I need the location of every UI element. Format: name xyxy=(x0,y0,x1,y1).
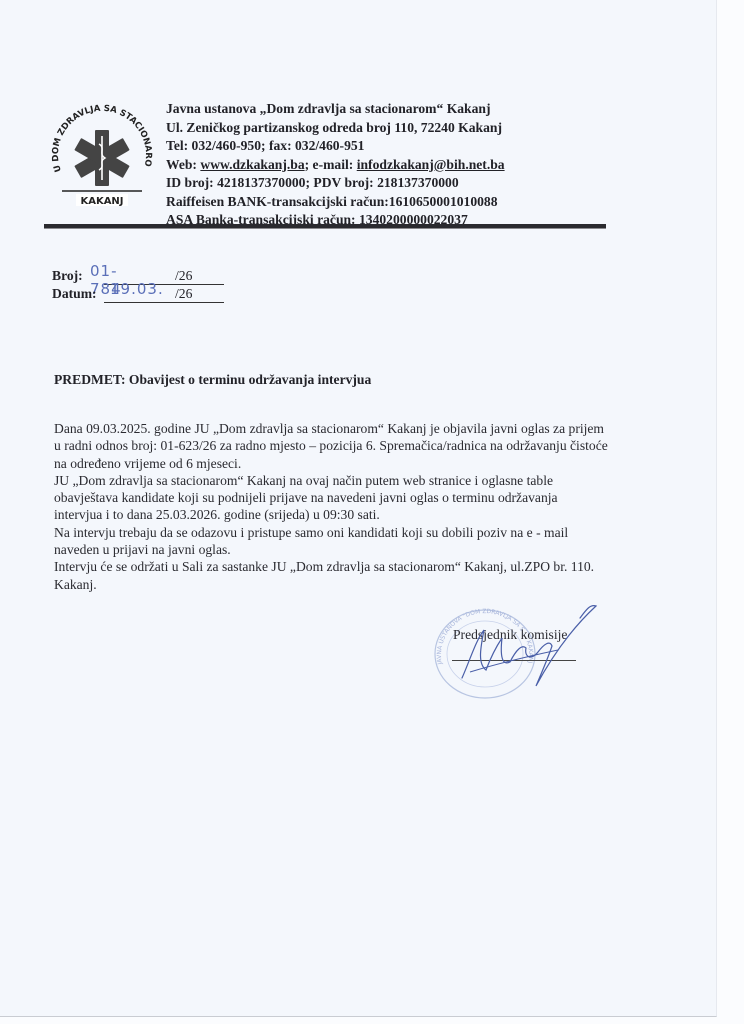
registry-date-label: Datum: xyxy=(52,286,97,301)
handwritten-signature xyxy=(440,600,600,700)
body-line: u radni odnos broj: 01-623/26 za radno m… xyxy=(54,437,694,454)
address: Ul. Zeničkog partizanskog odreda broj 11… xyxy=(166,119,505,138)
web-label: Web: xyxy=(166,157,200,172)
registry-date-suffix: /26 xyxy=(175,286,192,302)
registry-number-suffix: /26 xyxy=(175,268,192,284)
letterhead: Javna ustanova „Dom zdravlja sa staciona… xyxy=(166,100,505,230)
star-of-life-icon xyxy=(74,130,129,186)
subject-heading: PREDMET: Obavijest o terminu održavanja … xyxy=(54,372,371,388)
id-numbers: ID broj: 4218137370000; PDV broj: 218137… xyxy=(166,174,505,193)
web-email-line: Web: www.dzkakanj.ba; e-mail: infodzkaka… xyxy=(166,156,505,175)
email-label: ; e-mail: xyxy=(305,157,357,172)
letter-body: Dana 09.03.2025. godine JU „Dom zdravlja… xyxy=(54,420,694,593)
registry-number-row: Broj: 01-784 /26 xyxy=(52,268,83,284)
document-page: JU DOM ZDRAVLJA SA STACIONAROM KAKANJ Ja… xyxy=(0,0,717,1017)
institution-name: Javna ustanova „Dom zdravlja sa staciona… xyxy=(166,100,505,119)
body-line: Kakanj. xyxy=(54,576,694,593)
body-line: na određeno vrijeme od 6 mjeseci. xyxy=(54,455,694,472)
registry-date-row: Datum: 19.03. /26 xyxy=(52,286,97,302)
body-line: Dana 09.03.2025. godine JU „Dom zdravlja… xyxy=(54,420,694,437)
body-line: Na intervju trebaju da se odazovu i pris… xyxy=(54,524,694,541)
header-divider xyxy=(44,224,606,229)
website-link[interactable]: www.dzkakanj.ba xyxy=(200,157,304,172)
body-line: intervjua i to dana 25.03.2026. godine (… xyxy=(54,506,694,523)
registry-date-handwritten: 19.03. xyxy=(110,280,164,298)
logo-banner-text: KAKANJ xyxy=(80,196,123,207)
email-link[interactable]: infodzkakanj@bih.net.ba xyxy=(357,157,505,172)
body-line: JU „Dom zdravlja sa stacionarom“ Kakanj … xyxy=(54,472,694,489)
registry-number-label: Broj: xyxy=(52,268,83,283)
institution-logo: JU DOM ZDRAVLJA SA STACIONAROM KAKANJ xyxy=(46,98,158,210)
phone-fax: Tel: 032/460-950; fax: 032/460-951 xyxy=(166,137,505,156)
body-line: obavještava kandidate koji su podnijeli … xyxy=(54,489,694,506)
body-line: naveden u prijavi na javni oglas. xyxy=(54,541,694,558)
body-line: Intervju će se održati u Sali za sastank… xyxy=(54,558,694,575)
bank-account-raiffeisen: Raiffeisen BANK-transakcijski račun:1610… xyxy=(166,193,505,212)
